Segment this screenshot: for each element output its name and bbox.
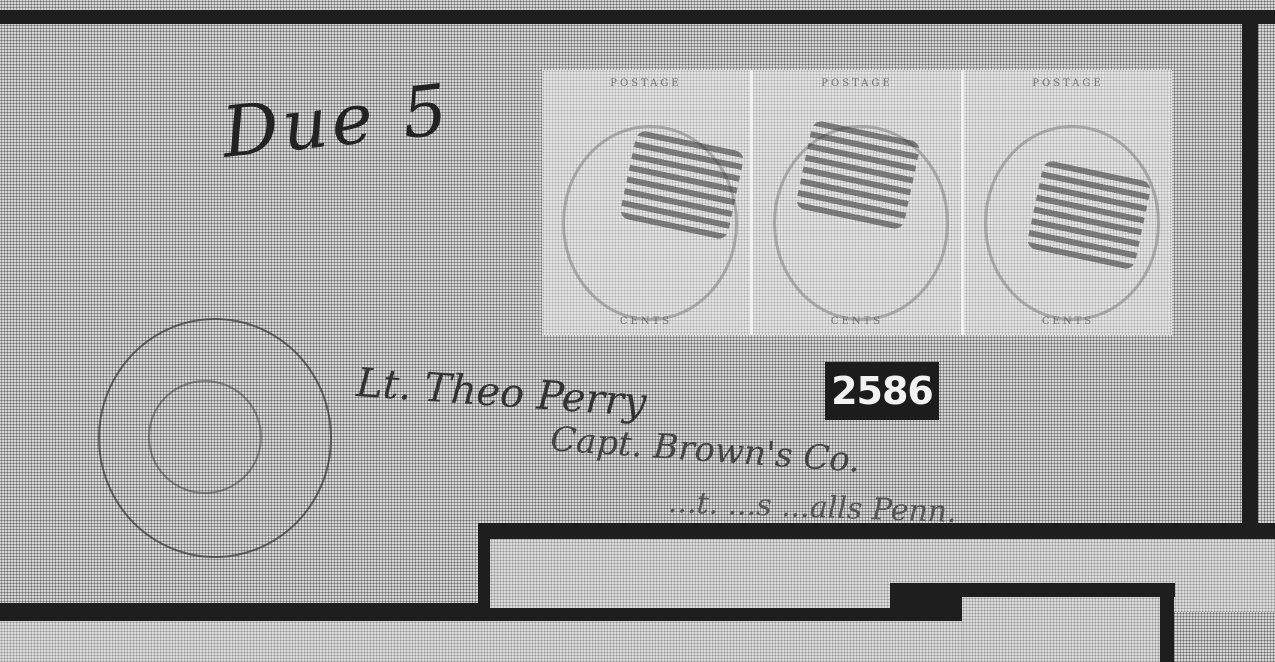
stamp-top-text: POSTAGE — [763, 78, 951, 89]
stamp-bottom-text: CENTS — [763, 316, 951, 327]
stamp: POSTAGE CENTS — [753, 70, 964, 335]
frame-right-border — [1242, 10, 1258, 530]
postmark-inner-circle — [148, 380, 262, 494]
step-right-border — [1160, 583, 1174, 662]
lower-panel-left-border — [478, 523, 490, 621]
stamp-top-text: POSTAGE — [552, 78, 740, 89]
postmark-circle — [98, 318, 332, 558]
stamp-top-text: POSTAGE — [974, 78, 1162, 89]
step-top-border — [890, 583, 1175, 597]
stamp-bottom-text: CENTS — [974, 316, 1162, 327]
stamp-bottom-text: CENTS — [552, 316, 740, 327]
frame-top-border — [0, 10, 1275, 24]
step-inner-panel — [962, 597, 1160, 662]
lot-number-badge: 2586 — [825, 362, 939, 420]
stamp: POSTAGE CENTS — [542, 70, 753, 335]
stamp: POSTAGE CENTS — [964, 70, 1172, 335]
stamp-strip: POSTAGE CENTS POSTAGE CENTS POSTAGE CENT… — [542, 70, 1172, 335]
frame-bottom-border — [0, 603, 495, 621]
